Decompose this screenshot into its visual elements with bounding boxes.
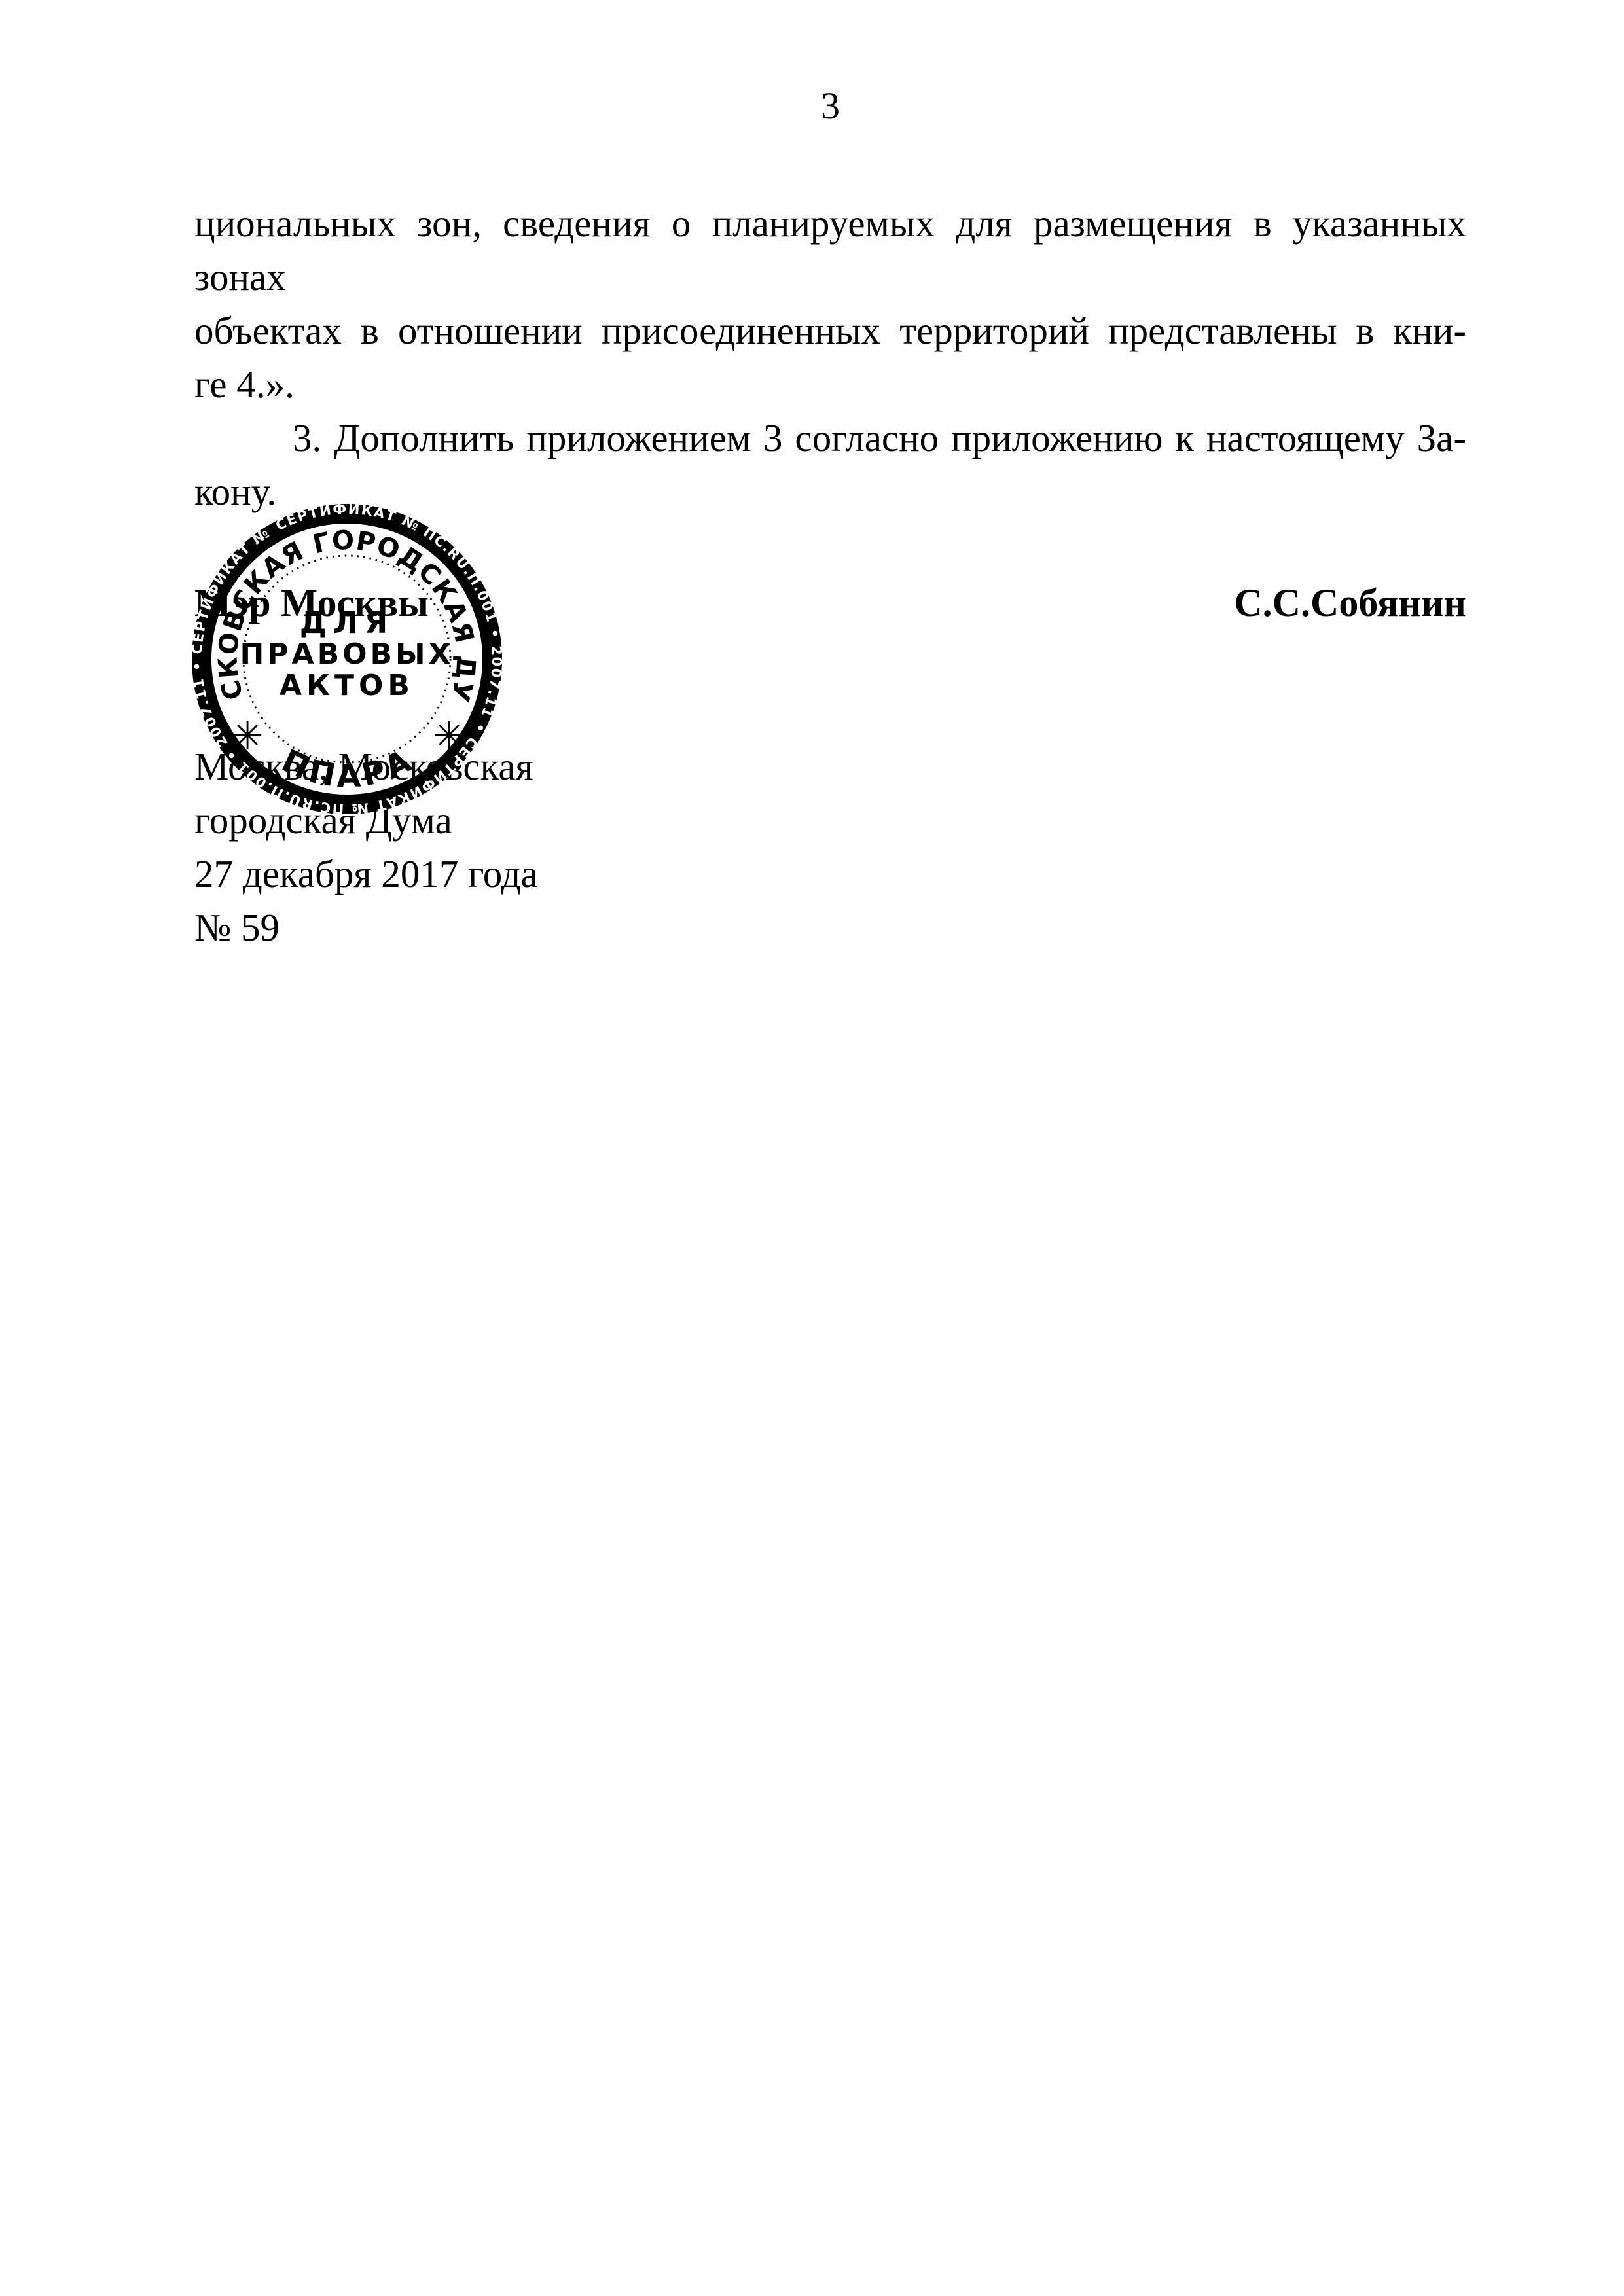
official-stamp: СЕРТИФИКАТ № ПС.RU.П.001 • 2007.11 • СЕР… xyxy=(190,502,504,816)
signer-name: С.С.Собянин xyxy=(1234,576,1466,630)
body-line: 3. Дополнить приложением 3 согласно прил… xyxy=(194,411,1466,465)
stamp-asterisk-left: ✳ xyxy=(232,713,264,758)
stamp-center-line-3: АКТОВ xyxy=(280,669,414,702)
body-text: циональных зон, сведения о планируемых д… xyxy=(194,196,1466,518)
document-page: 3 циональных зон, сведения о планируемых… xyxy=(0,0,1624,2296)
stamp-center-line-1: ДЛЯ xyxy=(300,605,395,640)
issuance-line: 27 декабря 2017 года xyxy=(194,847,538,901)
body-line: циональных зон, сведения о планируемых д… xyxy=(194,196,1466,304)
stamp-asterisk-right: ✳ xyxy=(433,713,465,758)
body-line: объектах в отношении присоединенных терр… xyxy=(194,304,1466,357)
page-number: 3 xyxy=(194,87,1466,125)
issuance-line: № 59 xyxy=(194,901,538,954)
body-line: ге 4.». xyxy=(194,357,1466,411)
stamp-center-line-2: ПРАВОВЫХ xyxy=(240,637,454,671)
